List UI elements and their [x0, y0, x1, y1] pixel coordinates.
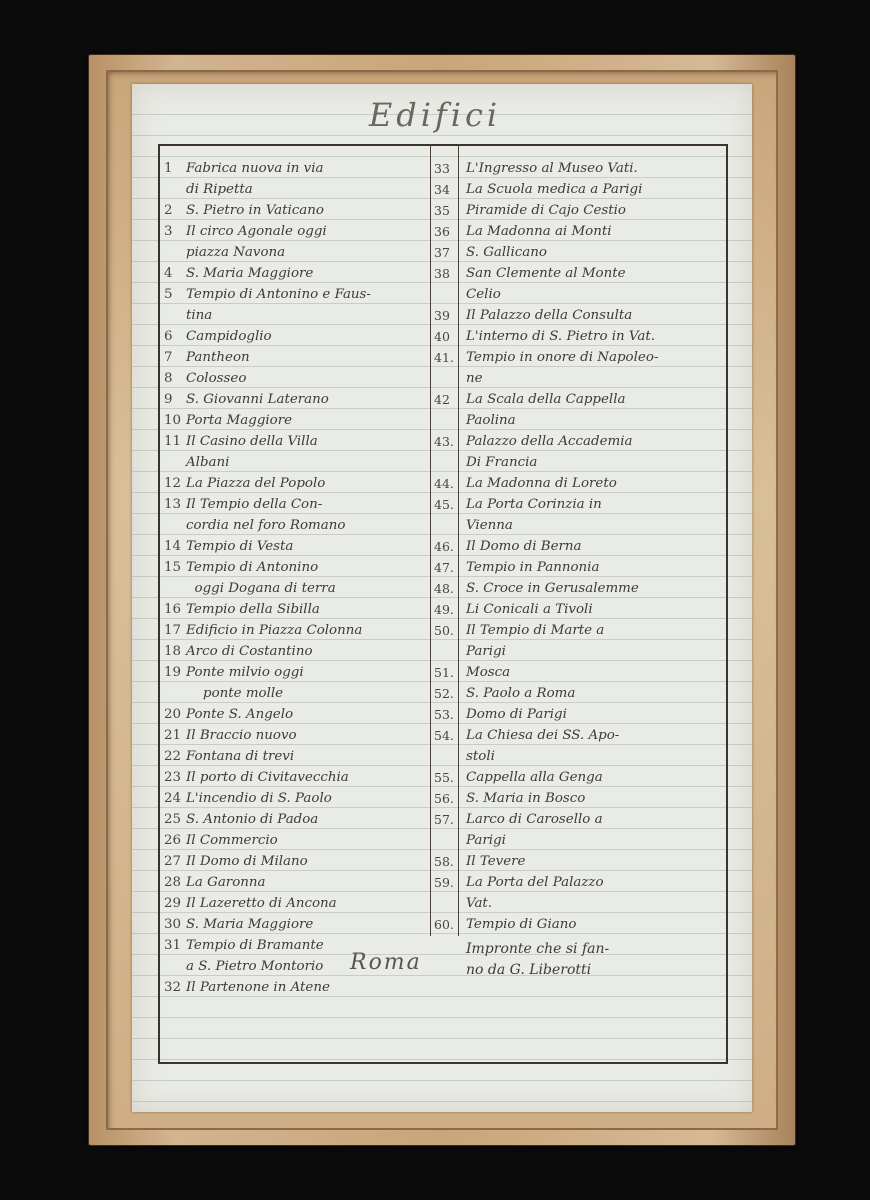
- entry-text: Tempio di Antonino e Faus- tina: [186, 284, 430, 326]
- list-item: 38San Clemente al Monte Celio: [434, 263, 726, 305]
- list-item: 25S. Antonio di Padoa: [164, 809, 430, 830]
- list-item: 45.La Porta Corinzia in Vienna: [434, 494, 726, 536]
- entry-text: La Garonna: [186, 872, 430, 893]
- entry-text: Il Domo di Berna: [462, 536, 726, 557]
- list-item: 28La Garonna: [164, 872, 430, 893]
- column-divider-left: [430, 144, 431, 936]
- entry-text: S. Giovanni Laterano: [186, 389, 430, 410]
- list-item: 3Il circo Agonale oggi piazza Navona: [164, 221, 430, 263]
- entry-number: 52.: [434, 683, 462, 704]
- entry-text: La Porta Corinzia in Vienna: [462, 494, 726, 536]
- list-item: 7Pantheon: [164, 347, 430, 368]
- list-item: 2S. Pietro in Vaticano: [164, 200, 430, 221]
- list-item: 37S. Gallicano: [434, 242, 726, 263]
- entry-number: 20: [164, 704, 186, 725]
- entry-text: Colosseo: [186, 368, 430, 389]
- entry-number: 39: [434, 305, 462, 326]
- entry-number: 51.: [434, 662, 462, 683]
- entry-text: Il Casino della Villa Albani: [186, 431, 430, 473]
- entry-text: S. Maria Maggiore: [186, 914, 430, 935]
- entry-number: 49.: [434, 599, 462, 620]
- entry-text: Porta Maggiore: [186, 410, 430, 431]
- entry-number: 13: [164, 494, 186, 515]
- entry-text: Ponte milvio oggi ponte molle: [186, 662, 430, 704]
- entry-number: 5: [164, 284, 186, 305]
- entry-number: 31: [164, 935, 186, 956]
- entry-number: 19: [164, 662, 186, 683]
- list-item: 58.Il Tevere: [434, 851, 726, 872]
- list-item: 43.Palazzo della Accademia Di Francia: [434, 431, 726, 473]
- entry-text: Tempio della Sibilla: [186, 599, 430, 620]
- entry-number: 18: [164, 641, 186, 662]
- entry-text: Fabrica nuova in via di Ripetta: [186, 158, 430, 200]
- place-name-footer: Roma: [350, 950, 422, 975]
- entry-number: 57.: [434, 809, 462, 830]
- list-item: 20Ponte S. Angelo: [164, 704, 430, 725]
- list-item: 57.Larco di Carosello a Parigi: [434, 809, 726, 851]
- entry-text: Il Tevere: [462, 851, 726, 872]
- entry-text: L'incendio di S. Paolo: [186, 788, 430, 809]
- entry-text: Tempio in Pannonia: [462, 557, 726, 578]
- entry-text: Il Tempio di Marte a Parigi: [462, 620, 726, 662]
- entry-text: S. Maria Maggiore: [186, 263, 430, 284]
- list-item: 41.Tempio in onore di Napoleo- ne: [434, 347, 726, 389]
- list-item: 60.Tempio di Giano: [434, 914, 726, 935]
- entry-text: Mosca: [462, 662, 726, 683]
- list-item: 40L'interno di S. Pietro in Vat.: [434, 326, 726, 347]
- entry-number: 23: [164, 767, 186, 788]
- entry-number: 16: [164, 599, 186, 620]
- entry-text: Tempio in onore di Napoleo- ne: [462, 347, 726, 389]
- entry-text: Campidoglio: [186, 326, 430, 347]
- list-item: 15Tempio di Antonino oggi Dogana di terr…: [164, 557, 430, 599]
- list-item: 54.La Chiesa dei SS. Apo- stoli: [434, 725, 726, 767]
- entry-number: 27: [164, 851, 186, 872]
- left-column-list: 1Fabrica nuova in via di Ripetta2S. Piet…: [164, 158, 430, 998]
- entry-text: S. Pietro in Vaticano: [186, 200, 430, 221]
- entry-text: Tempio di Antonino oggi Dogana di terra: [186, 557, 430, 599]
- entry-number: 37: [434, 242, 462, 263]
- list-item: 50.Il Tempio di Marte a Parigi: [434, 620, 726, 662]
- list-item: 34La Scuola medica a Parigi: [434, 179, 726, 200]
- list-item: 36La Madonna ai Monti: [434, 221, 726, 242]
- entry-number: 55.: [434, 767, 462, 788]
- entry-number: 15: [164, 557, 186, 578]
- entry-number: 26: [164, 830, 186, 851]
- list-item: 44.La Madonna di Loreto: [434, 473, 726, 494]
- list-item: 27Il Domo di Milano: [164, 851, 430, 872]
- entry-number: 60.: [434, 914, 462, 935]
- list-item: 16Tempio della Sibilla: [164, 599, 430, 620]
- entry-number: 25: [164, 809, 186, 830]
- list-item: 52.S. Paolo a Roma: [434, 683, 726, 704]
- entry-number: 36: [434, 221, 462, 242]
- entry-number: 4: [164, 263, 186, 284]
- entry-number: 6: [164, 326, 186, 347]
- entry-number: 3: [164, 221, 186, 242]
- entry-text: S. Gallicano: [462, 242, 726, 263]
- entry-text: Palazzo della Accademia Di Francia: [462, 431, 726, 473]
- entry-number: 40: [434, 326, 462, 347]
- entry-text: Il Tempio della Con- cordia nel foro Rom…: [186, 494, 430, 536]
- entry-number: 59.: [434, 872, 462, 893]
- maker-signature: Impronte che si fan- no da G. Liberotti: [434, 939, 726, 981]
- entry-text: S. Antonio di Padoa: [186, 809, 430, 830]
- list-item: 13Il Tempio della Con- cordia nel foro R…: [164, 494, 430, 536]
- list-item: 53.Domo di Parigi: [434, 704, 726, 725]
- entry-text: L'Ingresso al Museo Vati.: [462, 158, 726, 179]
- list-item: 49.Li Conicali a Tivoli: [434, 599, 726, 620]
- entry-number: 44.: [434, 473, 462, 494]
- entry-text: La Porta del Palazzo Vat.: [462, 872, 726, 914]
- entry-text: Il Lazeretto di Ancona: [186, 893, 430, 914]
- entry-number: 14: [164, 536, 186, 557]
- entry-text: Arco di Costantino: [186, 641, 430, 662]
- entry-text: S. Maria in Bosco: [462, 788, 726, 809]
- list-item: 12La Piazza del Popolo: [164, 473, 430, 494]
- entry-number: 50.: [434, 620, 462, 641]
- entry-number: 11: [164, 431, 186, 452]
- entry-text: Tempio di Vesta: [186, 536, 430, 557]
- list-item: 21Il Braccio nuovo: [164, 725, 430, 746]
- entry-text: Il Partenone in Atene: [186, 977, 430, 998]
- list-item: 8Colosseo: [164, 368, 430, 389]
- entry-text: S. Croce in Gerusalemme: [462, 578, 726, 599]
- list-item: 22Fontana di trevi: [164, 746, 430, 767]
- entry-text: Ponte S. Angelo: [186, 704, 430, 725]
- entry-number: 58.: [434, 851, 462, 872]
- list-item: 51.Mosca: [434, 662, 726, 683]
- list-item: 24L'incendio di S. Paolo: [164, 788, 430, 809]
- entry-number: 29: [164, 893, 186, 914]
- entry-text: L'interno di S. Pietro in Vat.: [462, 326, 726, 347]
- entry-number: 53.: [434, 704, 462, 725]
- entry-number: 28: [164, 872, 186, 893]
- entry-number: 56.: [434, 788, 462, 809]
- list-item: 26Il Commercio: [164, 830, 430, 851]
- list-item: 33L'Ingresso al Museo Vati.: [434, 158, 726, 179]
- entry-number: 42: [434, 389, 462, 410]
- entry-number: 24: [164, 788, 186, 809]
- entry-number: 17: [164, 620, 186, 641]
- entry-number: 2: [164, 200, 186, 221]
- entry-text: S. Paolo a Roma: [462, 683, 726, 704]
- list-item: 9S. Giovanni Laterano: [164, 389, 430, 410]
- list-item: 11Il Casino della Villa Albani: [164, 431, 430, 473]
- entry-text: La Scuola medica a Parigi: [462, 179, 726, 200]
- entry-number: 30: [164, 914, 186, 935]
- entry-number: 21: [164, 725, 186, 746]
- entry-text: San Clemente al Monte Celio: [462, 263, 726, 305]
- list-item: 10Porta Maggiore: [164, 410, 430, 431]
- list-item: 19Ponte milvio oggi ponte molle: [164, 662, 430, 704]
- entry-number: 9: [164, 389, 186, 410]
- entry-text: La Chiesa dei SS. Apo- stoli: [462, 725, 726, 767]
- entry-number: 41.: [434, 347, 462, 368]
- list-item: 55.Cappella alla Genga: [434, 767, 726, 788]
- entry-text: Il porto di Civitavecchia: [186, 767, 430, 788]
- entry-number: 35: [434, 200, 462, 221]
- entry-number: 34: [434, 179, 462, 200]
- entry-text: Il Domo di Milano: [186, 851, 430, 872]
- entry-number: 54.: [434, 725, 462, 746]
- list-item: 5Tempio di Antonino e Faus- tina: [164, 284, 430, 326]
- list-item: 56.S. Maria in Bosco: [434, 788, 726, 809]
- entry-text: La Madonna di Loreto: [462, 473, 726, 494]
- list-item: 35Piramide di Cajo Cestio: [434, 200, 726, 221]
- list-item: 42La Scala della Cappella Paolina: [434, 389, 726, 431]
- entry-text: Piramide di Cajo Cestio: [462, 200, 726, 221]
- entry-number: 33: [434, 158, 462, 179]
- entry-text: La Scala della Cappella Paolina: [462, 389, 726, 431]
- document-title: Edifici: [0, 96, 870, 134]
- entry-number: 7: [164, 347, 186, 368]
- entry-text: La Piazza del Popolo: [186, 473, 430, 494]
- entry-text: Il Commercio: [186, 830, 430, 851]
- entry-text: Domo di Parigi: [462, 704, 726, 725]
- entry-number: 43.: [434, 431, 462, 452]
- entry-number: 32: [164, 977, 186, 998]
- list-item: 46.Il Domo di Berna: [434, 536, 726, 557]
- entry-number: 10: [164, 410, 186, 431]
- entry-text: Il Palazzo della Consulta: [462, 305, 726, 326]
- list-item: 23Il porto di Civitavecchia: [164, 767, 430, 788]
- entry-text: Fontana di trevi: [186, 746, 430, 767]
- list-item: 6Campidoglio: [164, 326, 430, 347]
- entry-number: 1: [164, 158, 186, 179]
- entry-text: Larco di Carosello a Parigi: [462, 809, 726, 851]
- list-item: 14Tempio di Vesta: [164, 536, 430, 557]
- entry-text: Il circo Agonale oggi piazza Navona: [186, 221, 430, 263]
- list-item: 4S. Maria Maggiore: [164, 263, 430, 284]
- entry-text: Pantheon: [186, 347, 430, 368]
- entry-number: 22: [164, 746, 186, 767]
- list-item: 59.La Porta del Palazzo Vat.: [434, 872, 726, 914]
- entry-number: 46.: [434, 536, 462, 557]
- entry-number: 12: [164, 473, 186, 494]
- list-item: 17Edificio in Piazza Colonna: [164, 620, 430, 641]
- list-item: 39Il Palazzo della Consulta: [434, 305, 726, 326]
- entry-number: 38: [434, 263, 462, 284]
- entry-number: 8: [164, 368, 186, 389]
- entry-number: 47.: [434, 557, 462, 578]
- list-item: 32Il Partenone in Atene: [164, 977, 430, 998]
- entry-number: 45.: [434, 494, 462, 515]
- list-item: 48.S. Croce in Gerusalemme: [434, 578, 726, 599]
- entry-text: Tempio di Giano: [462, 914, 726, 935]
- list-item: 18Arco di Costantino: [164, 641, 430, 662]
- list-item: 1Fabrica nuova in via di Ripetta: [164, 158, 430, 200]
- entry-text: Cappella alla Genga: [462, 767, 726, 788]
- list-item: 30S. Maria Maggiore: [164, 914, 430, 935]
- entry-text: Il Braccio nuovo: [186, 725, 430, 746]
- list-item: 47.Tempio in Pannonia: [434, 557, 726, 578]
- entry-text: La Madonna ai Monti: [462, 221, 726, 242]
- entry-number: 48.: [434, 578, 462, 599]
- entry-text: Edificio in Piazza Colonna: [186, 620, 430, 641]
- right-column-list: 33L'Ingresso al Museo Vati.34La Scuola m…: [434, 158, 726, 981]
- list-item: 29Il Lazeretto di Ancona: [164, 893, 430, 914]
- entry-text: Li Conicali a Tivoli: [462, 599, 726, 620]
